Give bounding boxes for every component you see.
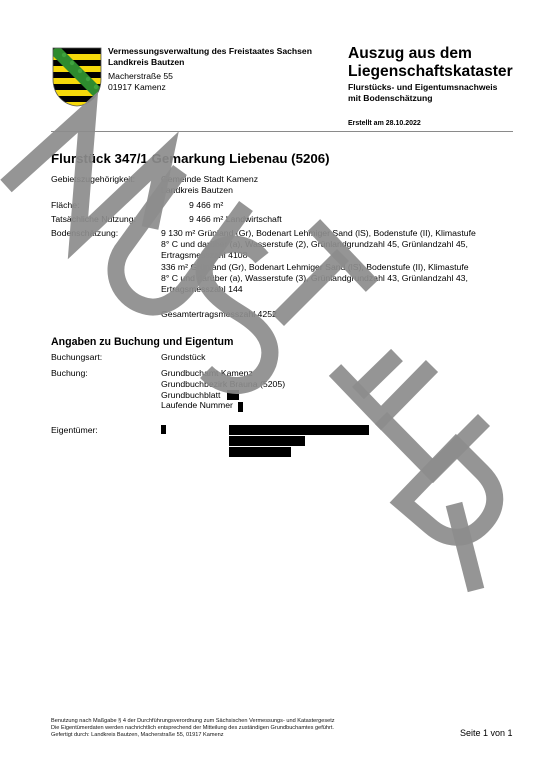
redacted-serial-number [238,402,243,412]
footer-owner-note: Die Eigentümerdaten werden nachrichtlich… [51,725,335,732]
header-divider [51,131,513,132]
soil-entry-1-line: 8° C und darüber (a), Wasserstufe (2), G… [161,239,501,250]
redacted-owner-city [229,447,291,457]
usage-value: 9 466 m² Landwirtschaft [189,214,282,225]
document-page: Vermessungsverwaltung des Freistaates Sa… [0,0,538,761]
soil-entry-1-line: 9 130 m² Grünland (Gr), Bodenart Lehmige… [161,228,501,239]
redacted-owner-address [229,436,305,446]
soil-entry-2-line: 336 m² Grünland (Gr), Bodenart Lehmiger … [161,262,501,273]
booking-label: Buchung: [51,368,88,379]
area-label: Fläche: [51,200,80,211]
authority-city: 01917 Kamenz [108,82,312,93]
land-registry-sheet: Grundbuchblatt [161,390,501,401]
usage-label: Tatsächliche Nutzung: [51,214,136,225]
area-affiliation-label: Gebietszugehörigkeit: [51,174,135,185]
booking-value: Grundbuchamt Kamenz Grundbuchbezirk Brau… [161,368,501,411]
parcel-title: Flurstück 347/1 Gemarkung Liebenau (5206… [51,151,330,166]
redacted-owner-name [229,425,369,435]
footer-issuer: Gefertigt durch: Landkreis Bautzen, Mach… [51,732,335,739]
area-value: 9 466 m² [189,200,223,211]
created-date: Erstellt am 28.10.2022 [348,120,421,127]
page-number: Seite 1 von 1 [460,728,513,738]
footer-usage-note: Benutzung nach Maßgabe § 4 der Durchführ… [51,718,335,725]
document-title-block: Auszug aus dem Liegenschaftskataster Flu… [348,45,513,104]
document-title-line2: Liegenschaftskataster [348,63,513,81]
land-registry-office: Grundbuchamt Kamenz [161,368,501,379]
booking-type-label: Buchungsart: [51,352,102,363]
soil-label: Bodenschätzung: [51,228,118,239]
soil-entry-2-line: Ertragsmesszahl 144 [161,284,501,295]
redacted-sheet-number [227,390,239,400]
soil-entry-2-line: 8° C und darüber (a), Wasserstufe (3), G… [161,273,501,284]
document-title-line1: Auszug aus dem [348,45,513,63]
owner-label: Eigentümer: [51,425,98,436]
saxony-coat-of-arms-icon [52,47,102,107]
district: Landkreis Bautzen [161,185,501,196]
soil-entry-1-line: Ertragsmesszahl 4108 [161,250,501,261]
booking-type-value: Grundstück [161,352,501,363]
land-registry-district: Grundbuchbezirk Brauna (5205) [161,379,501,390]
authority-block: Vermessungsverwaltung des Freistaates Sa… [108,46,312,94]
serial-number: Laufende Nummer [161,400,501,411]
area-affiliation-value: Gemeinde Stadt Kamenz Landkreis Bautzen [161,174,501,196]
authority-district: Landkreis Bautzen [108,57,312,68]
document-subtitle-line1: Flurstücks- und Eigentumsnachweis [348,82,513,93]
soil-total: Gesamtertragsmesszahl 4252 [161,309,501,320]
authority-name: Vermessungsverwaltung des Freistaates Sa… [108,46,312,57]
municipality: Gemeinde Stadt Kamenz [161,174,501,185]
document-subtitle-line2: mit Bodenschätzung [348,93,513,104]
authority-street: Macherstraße 55 [108,71,312,82]
booking-section-title: Angaben zu Buchung und Eigentum [51,336,233,348]
redacted-owner-index [161,425,166,434]
soil-entry-2: 336 m² Grünland (Gr), Bodenart Lehmiger … [161,262,501,294]
footer-notes: Benutzung nach Maßgabe § 4 der Durchführ… [51,718,335,739]
soil-entry-1: 9 130 m² Grünland (Gr), Bodenart Lehmige… [161,228,501,260]
